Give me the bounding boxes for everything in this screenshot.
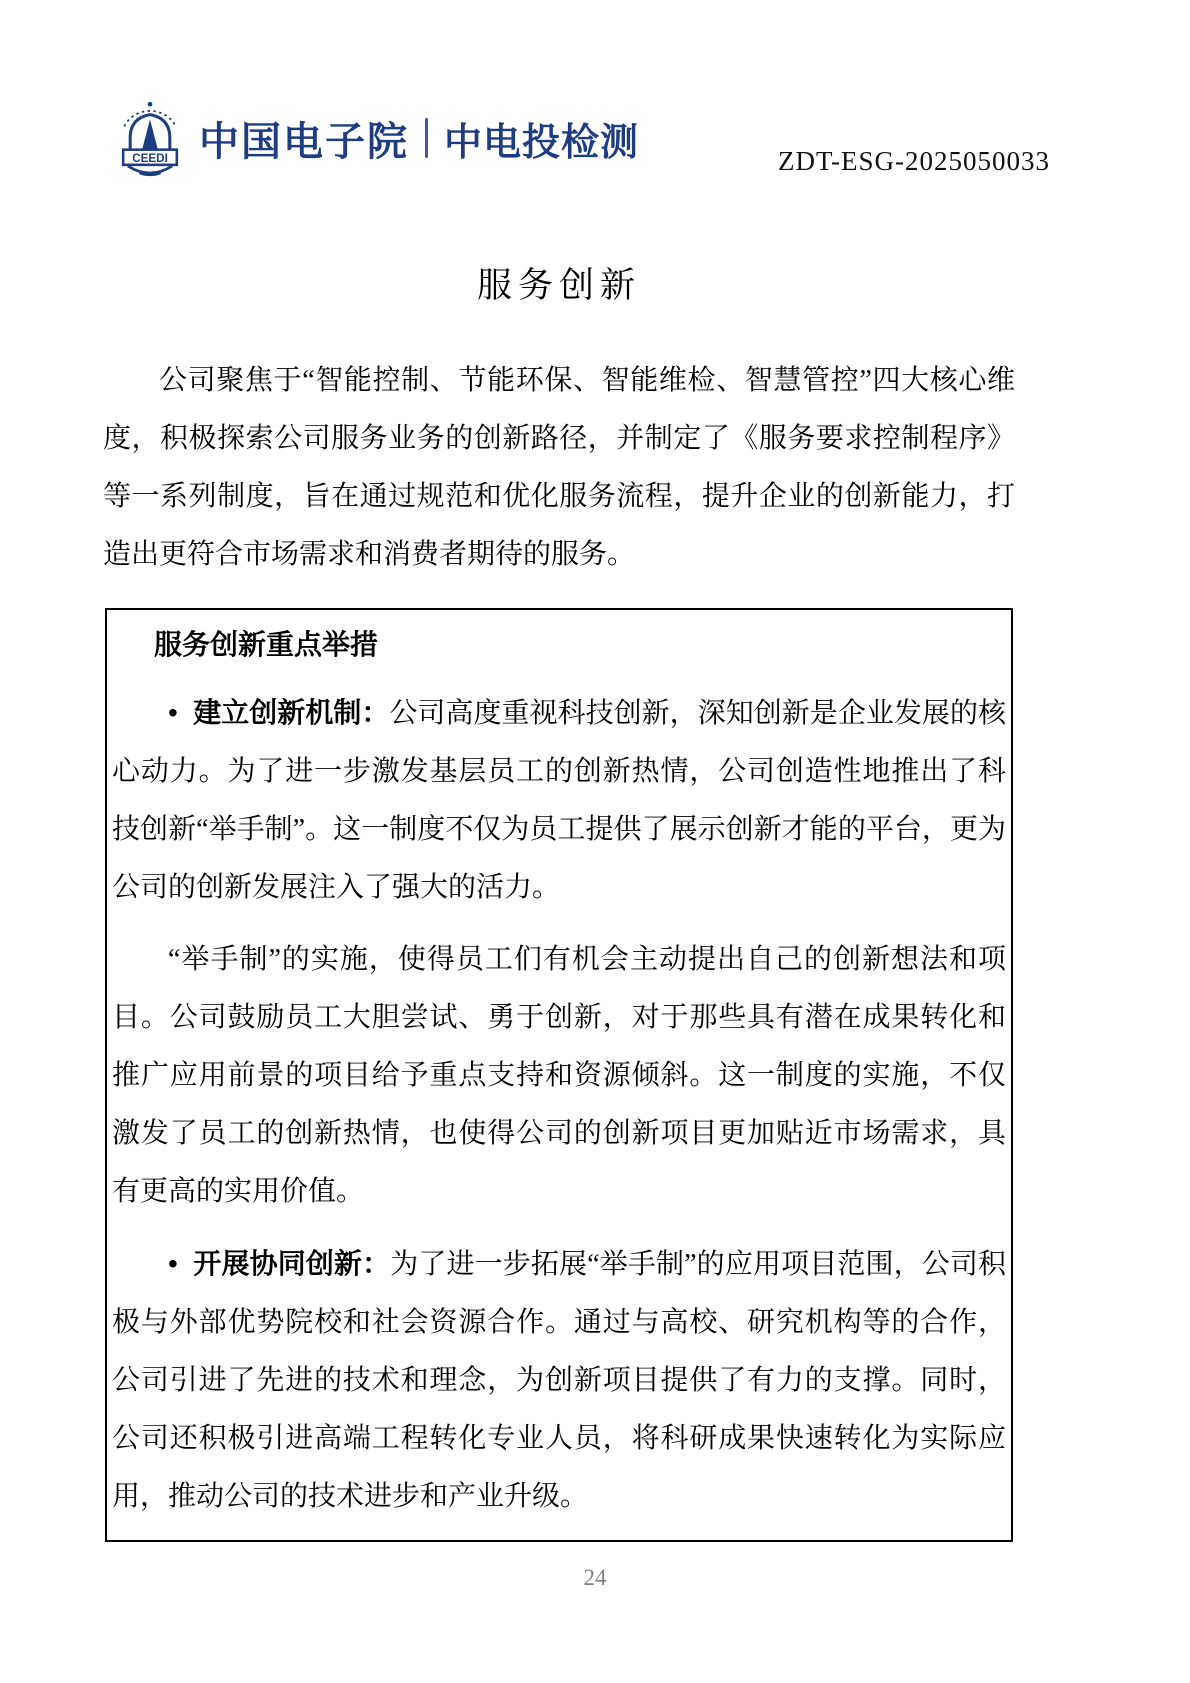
page-title: 服务创新 <box>103 258 1015 308</box>
measures-box: 服务创新重点举措 •建立创新机制：公司高度重视科技创新，深知创新是企业发展的核心… <box>105 608 1013 1542</box>
bullet-label: 建立创新机制： <box>193 697 389 728</box>
bullet-text: 为了进一步拓展“举手制”的应用项目范围，公司积极与外部优势院校和社会资源合作。通… <box>112 1249 1006 1512</box>
ceedi-logo-icon: CEEDI <box>115 98 185 178</box>
bullet-label: 开展协同创新： <box>193 1248 390 1279</box>
intro-paragraph: 公司聚焦于“智能控制、节能环保、智能维检、智慧管控”四大核心维度，积极探索公司服… <box>103 352 1015 584</box>
measures-box-heading: 服务创新重点举措 <box>112 620 1006 670</box>
page-number: 24 <box>0 1565 1190 1591</box>
org-names: 中国电子院 中电投检测 <box>199 110 639 167</box>
org-divider <box>425 118 428 158</box>
ceedi-emblem-text: CEEDI <box>132 152 168 165</box>
letterhead: CEEDI 中国电子院 中电投检测 <box>115 98 639 178</box>
org-name-secondary: 中电投检测 <box>444 111 639 166</box>
bullet-item: •开展协同创新：为了进一步拓展“举手制”的应用项目范围，公司积极与外部优势院校和… <box>112 1235 1006 1526</box>
bullet-icon: • <box>168 684 193 742</box>
document-number: ZDT-ESG-2025050033 <box>778 146 1050 177</box>
org-name-primary: 中国电子院 <box>199 110 409 167</box>
bullet-icon: • <box>168 1235 193 1293</box>
bullet-item: •建立创新机制：公司高度重视科技创新，深知创新是企业发展的核心动力。为了进一步激… <box>112 684 1006 917</box>
bullet-text: 公司高度重视科技创新，深知创新是企业发展的核心动力。为了进一步激发基层员工的创新… <box>112 698 1006 903</box>
box-paragraph: “举手制”的实施，使得员工们有机会主动提出自己的创新想法和项目。公司鼓励员工大胆… <box>112 931 1006 1221</box>
document-body: 服务创新 公司聚焦于“智能控制、节能环保、智能维检、智慧管控”四大核心维度，积极… <box>103 258 1015 1542</box>
